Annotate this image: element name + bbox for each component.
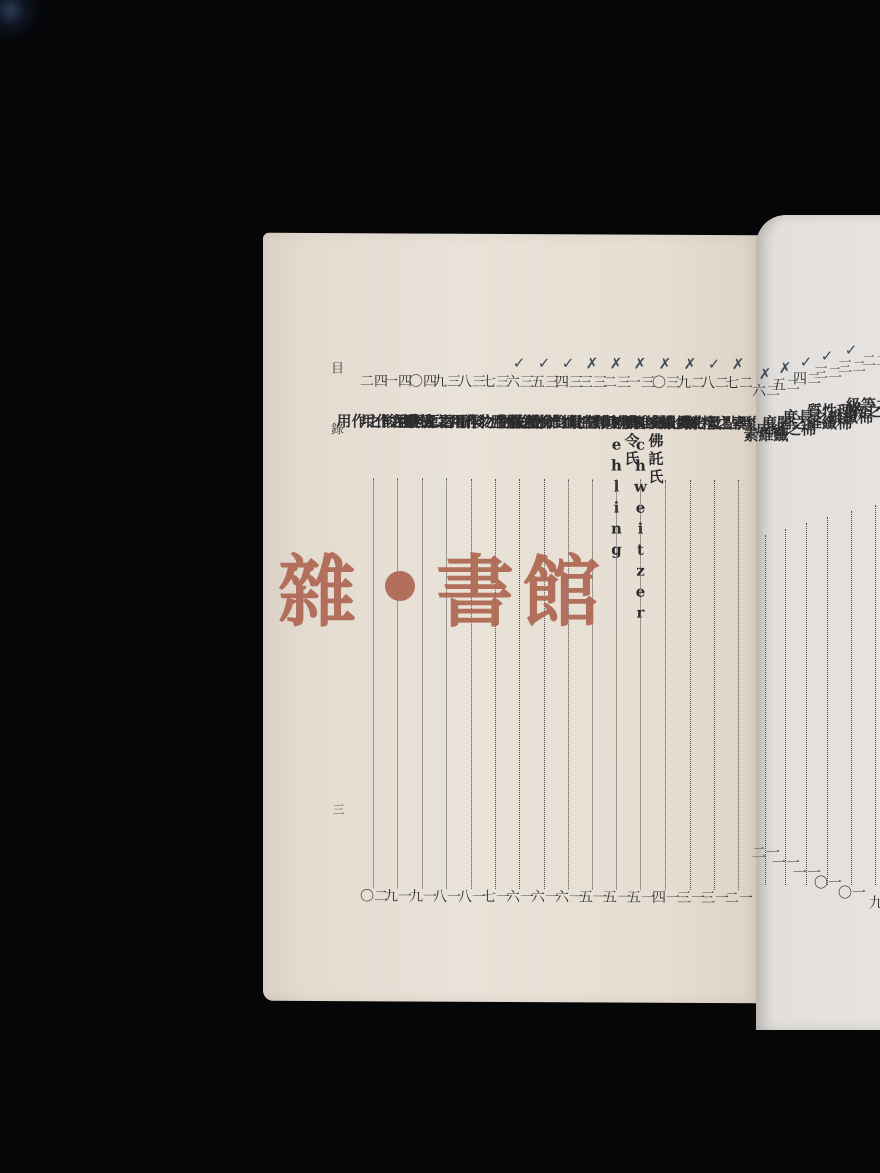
entry-page-number: 一三 (676, 890, 704, 904)
entry-page-number: 一六 (530, 889, 558, 903)
check-mark-icon: ✓ (708, 355, 721, 373)
watermark-right-chars: 書館 (436, 530, 608, 642)
check-mark-icon: ✓ (845, 341, 858, 359)
check-mark-icon: ✓ (800, 353, 813, 371)
leader-dots (806, 523, 807, 885)
cross-mark-icon: ✗ (732, 355, 745, 373)
entry-number: 二六 (751, 383, 779, 398)
entry-number: 四〇 (408, 373, 436, 388)
check-mark-icon: ✓ (513, 354, 526, 372)
leader-dots (785, 529, 786, 885)
leader-dots (851, 511, 852, 885)
watermark-left-char: 雜 (278, 530, 364, 642)
entry-number: 二九 (676, 375, 704, 390)
right-page: 二二棉之等級九✓二三棉之物理性質一〇✓二三棉纖維之長度一〇✓二四棉纖維之闊度一一… (756, 215, 880, 1030)
watermark-dot-icon (385, 571, 415, 601)
check-mark-icon: ✓ (538, 354, 551, 372)
leader-dots (640, 480, 641, 890)
cross-mark-icon: ✗ (779, 359, 792, 377)
leader-dots (690, 480, 691, 890)
leader-dots (875, 505, 876, 885)
entry-page-number: 一二 (751, 845, 779, 859)
cross-mark-icon: ✗ (610, 355, 623, 373)
leader-dots (616, 480, 617, 890)
cross-mark-icon: ✗ (759, 365, 772, 383)
check-mark-icon: ✓ (562, 354, 575, 372)
entry-page-number: 二〇 (359, 888, 387, 902)
entry-page-number: 一四 (651, 890, 679, 904)
entry-page-number: 一八 (457, 889, 485, 903)
leader-dots (665, 480, 666, 890)
leader-dots (738, 480, 739, 890)
leader-dots (827, 517, 828, 885)
entry-title: 鹽酸之作用 (336, 413, 411, 431)
entry-number: 三五 (530, 374, 558, 389)
cross-mark-icon: ✗ (634, 355, 647, 373)
watermark-stamp: 雜 書館 (278, 536, 608, 636)
leader-dots (714, 480, 715, 890)
entry-number: 四二 (359, 373, 387, 388)
entry-number: 三八 (457, 374, 485, 389)
entry-title: 纖維素 (743, 427, 788, 445)
cross-mark-icon: ✗ (684, 355, 697, 373)
entry-page-number: 一九 (408, 888, 436, 902)
entry-number: 三〇 (651, 375, 679, 390)
check-mark-icon: ✓ (821, 347, 834, 365)
page-folio: 三 (330, 803, 347, 815)
cross-mark-icon: ✗ (586, 354, 599, 372)
entry-page-number: 九 (868, 895, 880, 909)
camera-glare (0, 0, 40, 40)
cross-mark-icon: ✗ (659, 355, 672, 373)
leader-dots (765, 535, 766, 885)
